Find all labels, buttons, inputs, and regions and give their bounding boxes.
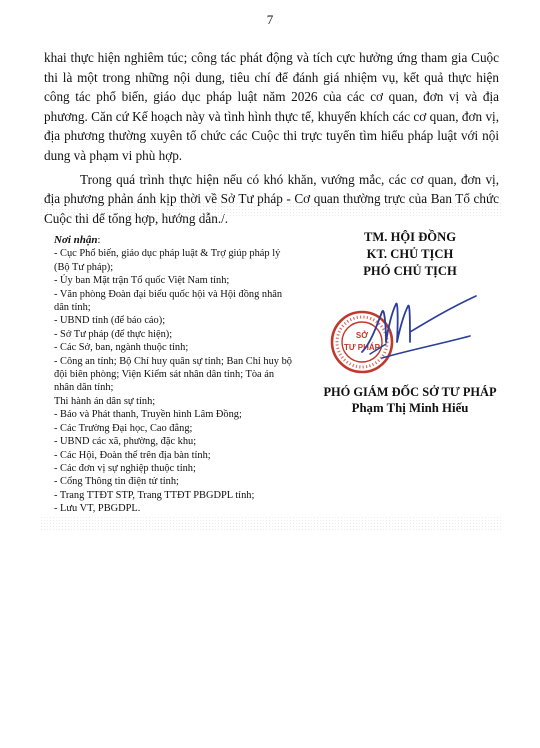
recipients-block: Nơi nhận: - Cục Phổ biến, giáo dục pháp … [54, 234, 294, 516]
scan-artifact-band [40, 202, 502, 218]
recipient-item: - UBND tỉnh (để báo cáo); [54, 314, 294, 327]
recipient-item: - Cục Phổ biến, giáo dục pháp luật & Trợ… [54, 247, 294, 274]
recipients-heading: Nơi nhận: [54, 234, 294, 247]
scan-artifact-band [40, 516, 502, 532]
signer-title: PHÓ GIÁM ĐỐC SỞ TƯ PHÁP [300, 384, 520, 400]
svg-text:SỞ: SỞ [356, 331, 368, 340]
recipient-item: - Các Trường Đại học, Cao đẳng; [54, 422, 294, 435]
signature-line-1: TM. HỘI ĐỒNG [300, 229, 520, 246]
recipients-title: Nơi nhận [54, 234, 98, 246]
recipient-item: - Các đơn vị sự nghiệp thuộc tỉnh; [54, 462, 294, 475]
signature-line-3: PHÓ CHỦ TỊCH [300, 263, 520, 280]
page-number: 7 [0, 12, 540, 28]
recipient-list: - Cục Phổ biến, giáo dục pháp luật & Trợ… [54, 247, 294, 515]
recipient-item: - Các Sở, ban, ngành thuộc tỉnh; [54, 341, 294, 354]
recipient-item: - Trang TTĐT STP, Trang TTĐT PBGDPL tỉnh… [54, 489, 294, 502]
recipient-item: - Sở Tư pháp (để thực hiện); [54, 328, 294, 341]
recipient-item: - Các Hội, Đoàn thể trên địa bàn tỉnh; [54, 449, 294, 462]
signature-block: TM. HỘI ĐỒNG KT. CHỦ TỊCH PHÓ CHỦ TỊCH S… [300, 229, 520, 416]
recipient-item: - Lưu VT, PBGDPL. [54, 502, 294, 515]
recipient-item: - Ủy ban Mặt trận Tổ quốc Việt Nam tỉnh; [54, 274, 294, 287]
body-paragraph: Trong quá trình thực hiện nếu có khó khă… [44, 170, 499, 229]
recipient-item: - Cổng Thông tin điện tử tỉnh; [54, 475, 294, 488]
recipient-item: - Văn phòng Đoàn đại biểu quốc hội và Hộ… [54, 288, 294, 315]
recipient-item: - UBND các xã, phường, đặc khu; [54, 435, 294, 448]
recipient-item: - Báo và Phát thanh, Truyền hình Lâm Đồn… [54, 408, 294, 421]
body-paragraph: khai thực hiện nghiêm túc; công tác phát… [44, 48, 499, 166]
signature-stamp-image: SỞ TƯ PHÁP [300, 284, 520, 384]
recipient-item: - Công an tỉnh; Bộ Chỉ huy quân sự tỉnh;… [54, 355, 294, 395]
recipient-item: Thi hành án dân sự tỉnh; [54, 395, 294, 408]
official-stamp-icon: SỞ TƯ PHÁP [300, 284, 520, 384]
recipients-title-suffix: : [98, 235, 101, 246]
signature-line-2: KT. CHỦ TỊCH [300, 246, 520, 263]
signer-name: Phạm Thị Minh Hiếu [300, 400, 520, 416]
